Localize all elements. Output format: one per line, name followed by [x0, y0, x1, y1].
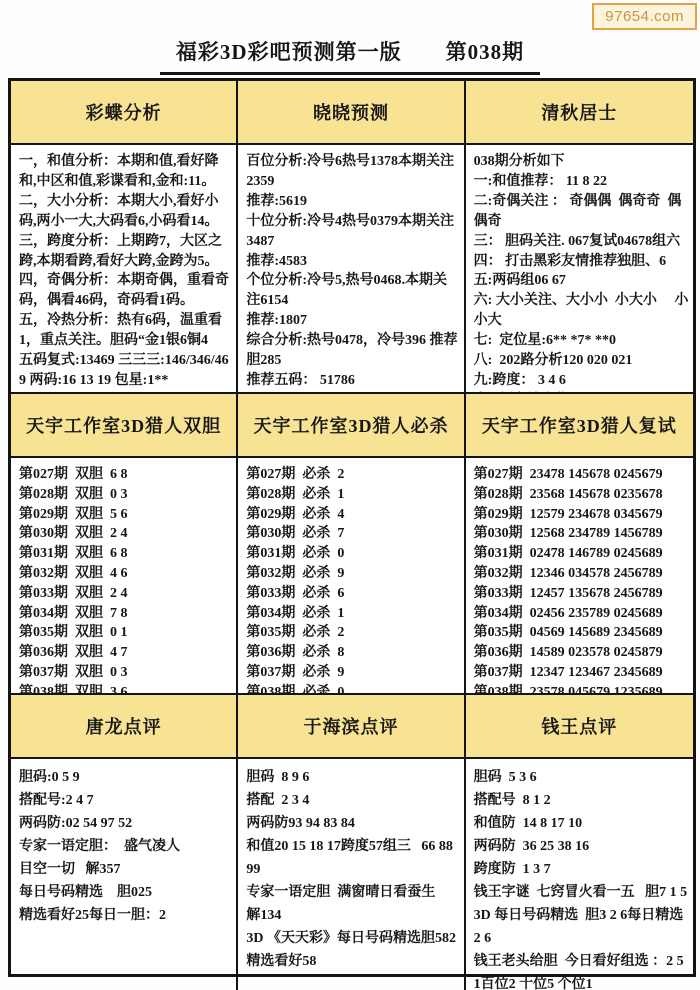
text-line: 综合分析:热号0478，冷号396 推荐胆285	[246, 331, 459, 371]
section-header: 晓晓预测	[238, 81, 463, 145]
text-line: 第031期 02478 146789 0245689	[474, 544, 689, 564]
text-line: 第036期 必杀 8	[246, 643, 459, 663]
text-line: 三： 胆码关注. 067复试04678组六	[474, 232, 689, 252]
text-line: 第030期 双胆 2 4	[19, 524, 232, 544]
text-line: 二，大小分析：本期大小,看好小码,两小一大,大码看6,小码看14。	[19, 192, 232, 232]
text-line: 两码防 36 25 38 16	[474, 835, 689, 858]
text-line: 推荐:1807	[246, 311, 459, 331]
text-line: 和值20 15 18 17跨度57组三 66 88 99	[246, 835, 459, 881]
text-line: 第036期 14589 023578 0245879	[474, 643, 689, 663]
text-line: 第027期 必杀 2	[246, 465, 459, 485]
section-yuhaibin-dianping: 于海滨点评 胆码 8 9 6搭配 2 3 4两码防93 94 83 84和值20…	[238, 695, 465, 990]
text-line: 第032期 必杀 9	[246, 564, 459, 584]
section-body: 第027期 双胆 6 8第028期 双胆 0 3第029期 双胆 5 6第030…	[11, 458, 236, 693]
text-line: 第034期 02456 235789 0245689	[474, 604, 689, 624]
text-line: 胆码 8 9 6	[246, 766, 459, 789]
text-line: 跨度防 1 3 7	[474, 858, 689, 881]
section-body: 第027期 23478 145678 0245679第028期 23568 14…	[466, 458, 693, 693]
prediction-table: 彩蝶分析 一，和值分析：本期和值,看好降和,中区和值,彩谍看和,金和:11。二，…	[8, 78, 696, 977]
text-line: 个位分析:冷号5,热号0468.本期关注6154	[246, 271, 459, 311]
text-line: 百位分析:冷号6热号1378本期关注2359	[246, 152, 459, 192]
text-line: 搭配号 8 1 2	[474, 789, 689, 812]
text-line: 推荐五码： 51786	[246, 371, 459, 391]
text-line: 八: 202路分析120 020 021	[474, 351, 689, 371]
text-line: 第027期 23478 145678 0245679	[474, 465, 689, 485]
text-line: 十位分析:冷号4热号0379本期关注3487	[246, 212, 459, 252]
text-line: 第037期 双胆 0 3	[19, 663, 232, 683]
text-line: 胆码 5 3 6	[474, 766, 689, 789]
section-qianwang-dianping: 钱王点评 胆码 5 3 6搭配号 8 1 2和值防 14 8 17 10两码防 …	[466, 695, 693, 990]
text-line: 搭配 2 3 4	[246, 789, 459, 812]
section-body: 胆码 5 3 6搭配号 8 1 2和值防 14 8 17 10两码防 36 25…	[466, 759, 693, 990]
text-line: 第037期 必杀 9	[246, 663, 459, 683]
text-line: 两码防:02 54 97 52	[19, 812, 232, 835]
text-line: 第031期 必杀 0	[246, 544, 459, 564]
text-line: 钱王老头给胆 今日看好组选 ：2 5 1百位2 十位5 个位1	[474, 950, 689, 990]
text-line: 第029期 必杀 4	[246, 505, 459, 525]
text-line: 第038期 必杀 0	[246, 683, 459, 693]
text-line: 两码防93 94 83 84	[246, 812, 459, 835]
section-tianyu-bisha: 天宇工作室3D猎人必杀 第027期 必杀 2第028期 必杀 1第029期 必杀…	[238, 394, 465, 695]
text-line: 第027期 双胆 6 8	[19, 465, 232, 485]
text-line: 第032期 双胆 4 6	[19, 564, 232, 584]
section-header: 唐龙点评	[11, 695, 236, 759]
text-line: 九:跨度： 3 4 6	[474, 371, 689, 391]
text-line: 第029期 双胆 5 6	[19, 505, 232, 525]
text-line: 第029期 12579 234678 0345679	[474, 505, 689, 525]
text-line: 四，奇偶分析：本期奇偶，重看奇码，偶看46码，奇码看1码。	[19, 271, 232, 311]
text-line: 专家一语定胆： 盛气凌人	[19, 835, 232, 858]
section-body: 第027期 必杀 2第028期 必杀 1第029期 必杀 4第030期 必杀 7…	[238, 458, 463, 693]
section-header: 彩蝶分析	[11, 81, 236, 145]
section-body: 胆码 8 9 6搭配 2 3 4两码防93 94 83 84和值20 15 18…	[238, 759, 463, 990]
section-body: 一，和值分析：本期和值,看好降和,中区和值,彩谍看和,金和:11。二，大小分析：…	[11, 145, 236, 392]
text-line: 第034期 必杀 1	[246, 604, 459, 624]
text-line: 第033期 必杀 6	[246, 584, 459, 604]
text-line: 目空一切 解357	[19, 858, 232, 881]
text-line: 3D 《天天彩》每日号码精选胆582精选看好58	[246, 927, 459, 973]
section-body: 百位分析:冷号6热号1378本期关注2359推荐:5619十位分析:冷号4热号0…	[238, 145, 463, 392]
text-line: 七: 定位星:6** *7* **0	[474, 331, 689, 351]
section-tianyu-shuangdan: 天宇工作室3D猎人双胆 第027期 双胆 6 8第028期 双胆 0 3第029…	[11, 394, 238, 695]
text-line: 第035期 04569 145689 2345689	[474, 623, 689, 643]
text-line: 五:两码组06 67	[474, 271, 689, 291]
text-line: 第028期 必杀 1	[246, 485, 459, 505]
title-row: 福彩3D彩吧预测第一版 第038期	[0, 36, 700, 75]
section-header: 于海滨点评	[238, 695, 463, 759]
text-line: 第035期 必杀 2	[246, 623, 459, 643]
text-line: 第030期 12568 234789 1456789	[474, 524, 689, 544]
section-header: 清秋居士	[466, 81, 693, 145]
text-line: 五码复式:13469 三三三:146/346/469 两码:16 13 19 包…	[19, 351, 232, 391]
section-header: 天宇工作室3D猎人必杀	[238, 394, 463, 458]
text-line: 第033期 12457 135678 2456789	[474, 584, 689, 604]
text-line: 第038期 23578 045679 1235689	[474, 683, 689, 693]
text-line: 038期分析如下	[474, 152, 689, 172]
text-line: 第030期 必杀 7	[246, 524, 459, 544]
section-tianyu-fushi: 天宇工作室3D猎人复试 第027期 23478 145678 0245679第0…	[466, 394, 693, 695]
text-line: 四： 打击黑彩友情推荐独胆、6	[474, 252, 689, 272]
section-header: 天宇工作室3D猎人复试	[466, 394, 693, 458]
text-line: 第033期 双胆 2 4	[19, 584, 232, 604]
text-line: 三，跨度分析：上期跨7，大区之跨,本期看跨,看好大跨,金跨为5。	[19, 232, 232, 272]
section-body: 038期分析如下一:和值推荐： 11 8 22二:奇偶关注 ： 奇偶偶 偶奇奇 …	[466, 145, 693, 392]
text-line: 一:和值推荐： 11 8 22	[474, 172, 689, 192]
text-line: 六: 大小关注、大小小 小大小 小小大	[474, 291, 689, 331]
section-header: 天宇工作室3D猎人双胆	[11, 394, 236, 458]
text-line: 精选看好25每日一胆：2	[19, 904, 232, 927]
text-line: 搭配号:2 4 7	[19, 789, 232, 812]
text-line: 专家一语定胆 满窗晴日看蚕生 解134	[246, 881, 459, 927]
text-line: 第032期 12346 034578 2456789	[474, 564, 689, 584]
text-line: 一，和值分析：本期和值,看好降和,中区和值,彩谍看和,金和:11。	[19, 152, 232, 192]
section-tanglong-dianping: 唐龙点评 胆码:0 5 9搭配号:2 4 7两码防:02 54 97 52专家一…	[11, 695, 238, 990]
text-line: 第034期 双胆 7 8	[19, 604, 232, 624]
text-line: 第028期 23568 145678 0235678	[474, 485, 689, 505]
watermark-badge: 97654.com	[592, 3, 697, 30]
text-line: 五，冷热分析：热有6码，温重看1，重点关注。胆码“金1银6铜4	[19, 311, 232, 351]
section-xiaoxiao-yuce: 晓晓预测 百位分析:冷号6热号1378本期关注2359推荐:5619十位分析:冷…	[238, 81, 465, 394]
text-line: 和值防 14 8 17 10	[474, 812, 689, 835]
section-qingqiu-jushi: 清秋居士 038期分析如下一:和值推荐： 11 8 22二:奇偶关注 ： 奇偶偶…	[466, 81, 693, 394]
text-line: 十: 新方法定位： 12689//02579//20259	[474, 391, 689, 392]
section-header: 钱王点评	[466, 695, 693, 759]
text-line: 第037期 12347 123467 2345689	[474, 663, 689, 683]
text-line: 钱王字谜 七窍冒火看一五 胆7 1 5	[474, 881, 689, 904]
text-line: 第038期 双胆 3 6	[19, 683, 232, 693]
text-line: 胆码:0 5 9	[19, 766, 232, 789]
text-line: 第036期 双胆 4 7	[19, 643, 232, 663]
page: 97654.com 福彩3D彩吧预测第一版 第038期 彩蝶分析 一，和值分析：…	[0, 0, 700, 990]
text-line: 第028期 双胆 0 3	[19, 485, 232, 505]
text-line: 二:奇偶关注 ： 奇偶偶 偶奇奇 偶偶奇	[474, 192, 689, 232]
text-line: 推荐:5619	[246, 192, 459, 212]
text-line: 每日号码精选 胆025	[19, 881, 232, 904]
text-line: 第035期 双胆 0 1	[19, 623, 232, 643]
text-line: 推荐:4583	[246, 252, 459, 272]
text-line: 第031期 双胆 6 8	[19, 544, 232, 564]
section-caidie-fenxi: 彩蝶分析 一，和值分析：本期和值,看好降和,中区和值,彩谍看和,金和:11。二，…	[11, 81, 238, 394]
text-line: 3D 每日号码精选 胆3 2 6每日精选2 6	[474, 904, 689, 950]
section-body: 胆码:0 5 9搭配号:2 4 7两码防:02 54 97 52专家一语定胆： …	[11, 759, 236, 990]
page-title: 福彩3D彩吧预测第一版 第038期	[160, 36, 540, 75]
